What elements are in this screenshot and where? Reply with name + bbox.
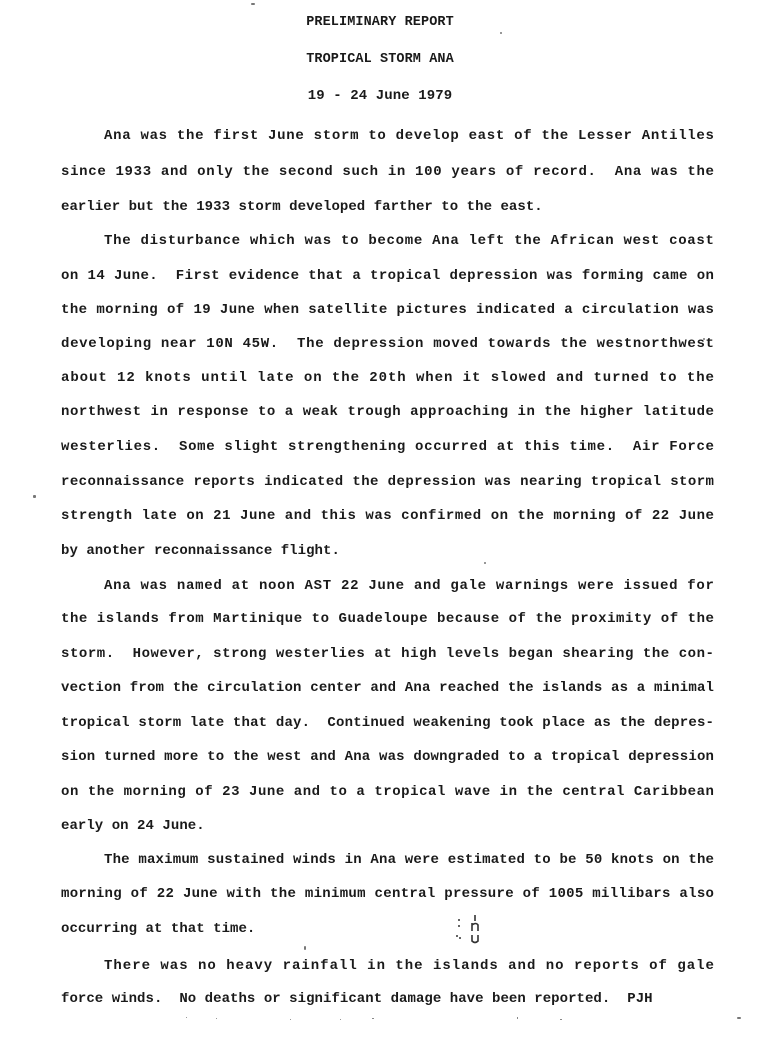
paragraph-line: about 12 knots until late on the 20th wh… [61,369,715,387]
paragraph-line: storm. However, strong westerlies at hig… [61,645,715,663]
scan-speck [186,1017,187,1018]
paragraph-first-line: There was no heavy rainfall in the islan… [104,957,715,975]
paragraph-line: sion turned more to the west and Ana was… [61,748,714,766]
scan-speck [216,1018,217,1019]
paragraph-first-line: Ana was the first June storm to develop … [104,127,715,145]
storm-dates: 19 - 24 June 1979 [0,88,764,104]
paragraph-line: occurring at that time. [61,920,255,938]
scan-speck [340,1019,341,1020]
paragraph-line: westerlies. Some slight strengthening oc… [61,438,715,456]
scan-speck [372,1018,374,1019]
scan-speck [251,3,255,5]
paragraph-line: by another reconnaissance flight. [61,542,340,560]
paragraph-line: the islands from Martinique to Guadeloup… [61,610,715,628]
paragraph-line: vection from the circulation center and … [61,679,714,697]
scan-speck [484,562,486,564]
paragraph-line: force winds. No deaths or significant da… [61,990,653,1008]
paragraph-line: the morning of 19 June when satellite pi… [61,301,714,319]
report-title: PRELIMINARY REPORT [0,15,764,30]
paragraph-first-line: The disturbance which was to become Ana … [104,232,715,250]
scan-speck [500,32,502,34]
scan-speck [304,946,306,950]
paragraph-line: on 14 June. First evidence that a tropic… [61,267,714,285]
document-page: PRELIMINARY REPORT TROPICAL STORM ANA 19… [0,0,768,1061]
paragraph-line: earlier but the 1933 storm developed far… [61,198,543,216]
stamp-glyph-icon [452,913,488,947]
storm-name: TROPICAL STORM ANA [0,52,764,67]
paragraph-line: strength late on 21 June and this was co… [61,507,715,525]
paragraph-first-line: The maximum sustained winds in Ana were … [104,851,714,869]
paragraph-first-line: Ana was named at noon AST 22 June and ga… [104,577,715,595]
paragraph-line: reconnaissance reports indicated the dep… [61,473,714,491]
scan-speck [290,1019,291,1020]
paragraph-line: developing near 10N 45W. The depression … [61,335,715,353]
paragraph-line: morning of 22 June with the minimum cent… [61,885,714,903]
scan-speck [703,338,705,340]
scan-speck [517,1017,518,1019]
scan-speck [737,1017,741,1019]
paragraph-line: on the morning of 23 June and to a tropi… [61,783,715,801]
scan-speck [33,495,36,498]
paragraph-line: tropical storm late that day. Continued … [61,714,714,732]
ink-stamp-mark [452,913,488,947]
paragraph-line: early on 24 June. [61,817,205,835]
paragraph-line: since 1933 and only the second such in 1… [61,163,715,181]
paragraph-line: northwest in response to a weak trough a… [61,403,715,421]
scan-speck [560,1019,562,1020]
